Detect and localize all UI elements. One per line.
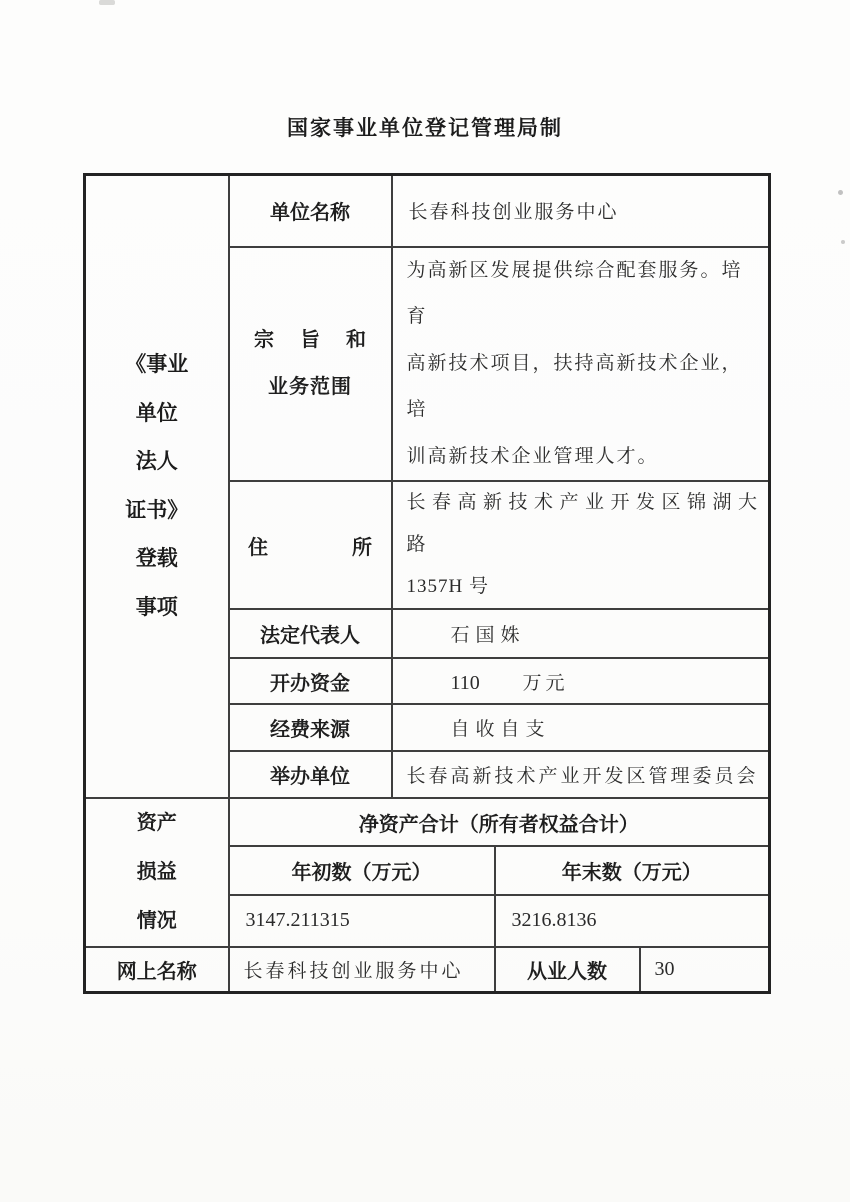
scanned-page-background: 国家事业单位登记管理局制 《事业 单位 法人 证书》 登载 bbox=[0, 0, 850, 1202]
capital-label: 开办资金 bbox=[270, 673, 350, 695]
legal-rep-value-cell: 石国姝 bbox=[392, 609, 770, 658]
address-value-line2: 1357H 号 bbox=[407, 566, 769, 608]
funding-value-cell: 自收自支 bbox=[392, 704, 770, 751]
organizer-value: 长春高新技术产业开发区管理委员会 bbox=[393, 761, 769, 788]
address-value-line1: 长春高新技术产业开发区锦湖大路 bbox=[407, 482, 769, 566]
row-unit-name: 《事业 单位 法人 证书》 登载 事项 单位名称 长春科技创业服务中心 bbox=[85, 175, 770, 247]
capital-value-cell: 110 万元 bbox=[392, 658, 770, 704]
online-name-label-cell: 网上名称 bbox=[85, 947, 229, 992]
funding-label: 经费来源 bbox=[270, 719, 350, 741]
staff-count-value: 30 bbox=[641, 958, 769, 981]
registration-table: 《事业 单位 法人 证书》 登载 事项 单位名称 长春科技创业服务中心 bbox=[83, 173, 771, 994]
staff-count-label-cell: 从业人数 bbox=[495, 947, 640, 992]
purpose-value-cell: 为高新区发展提供综合配套服务。培育 高新技术项目，扶持高新技术企业，培 训高新技… bbox=[392, 247, 770, 482]
end-year-value: 3216.8136 bbox=[496, 909, 769, 932]
capital-amount: 110 bbox=[451, 672, 480, 694]
unit-name-label-cell: 单位名称 bbox=[229, 175, 392, 247]
cert-items-header: 《事业 单位 法人 证书》 登载 事项 bbox=[86, 341, 228, 632]
begin-year-header-cell: 年初数（万元） bbox=[229, 846, 495, 894]
scan-artifact-top bbox=[99, 0, 115, 5]
assets-section-label: 资产 损益 情况 bbox=[86, 799, 228, 946]
address-label: 住 所 bbox=[248, 531, 372, 560]
scan-speck-2 bbox=[841, 240, 845, 244]
registration-form: 《事业 单位 法人 证书》 登载 事项 单位名称 长春科技创业服务中心 bbox=[83, 173, 771, 994]
funding-label-cell: 经费来源 bbox=[229, 704, 392, 751]
legal-rep-label-cell: 法定代表人 bbox=[229, 609, 392, 658]
staff-count-value-cell: 30 bbox=[640, 947, 770, 992]
begin-year-value-cell: 3147.211315 bbox=[229, 895, 495, 947]
capital-unit: 万元 bbox=[523, 668, 569, 695]
assets-label-line1: 资产 bbox=[86, 799, 228, 848]
scan-speck-1 bbox=[838, 190, 843, 195]
row-online-name: 网上名称 长春科技创业服务中心 从业人数 30 bbox=[85, 947, 770, 992]
purpose-label-line1: 宗 旨 和 bbox=[254, 317, 366, 364]
address-label-char1: 住 bbox=[248, 531, 268, 560]
address-label-cell: 住 所 bbox=[229, 481, 392, 609]
begin-year-value: 3147.211315 bbox=[230, 909, 494, 932]
purpose-label-char2: 旨 bbox=[300, 317, 320, 364]
cert-line-3: 法人 bbox=[86, 438, 228, 487]
address-value-cell: 长春高新技术产业开发区锦湖大路 1357H 号 bbox=[392, 481, 770, 609]
begin-year-header: 年初数（万元） bbox=[292, 862, 432, 884]
address-value: 长春高新技术产业开发区锦湖大路 1357H 号 bbox=[393, 482, 769, 608]
row-assets-header: 资产 损益 情况 净资产合计（所有者权益合计） bbox=[85, 798, 770, 846]
cert-items-header-cell: 《事业 单位 法人 证书》 登载 事项 bbox=[85, 175, 229, 799]
cert-line-6: 事项 bbox=[86, 584, 228, 633]
online-name-value: 长春科技创业服务中心 bbox=[230, 956, 494, 983]
funding-value: 自收自支 bbox=[393, 714, 769, 741]
legal-rep-value: 石国姝 bbox=[393, 620, 769, 647]
purpose-label-char1: 宗 bbox=[254, 317, 274, 364]
purpose-label: 宗 旨 和 业务范围 bbox=[230, 317, 391, 411]
online-name-value-cell: 长春科技创业服务中心 bbox=[229, 947, 495, 992]
assets-label-line3: 情况 bbox=[86, 897, 228, 946]
purpose-value-line2: 高新技术项目，扶持高新技术企业，培 bbox=[407, 341, 759, 434]
legal-rep-label: 法定代表人 bbox=[260, 625, 360, 647]
end-year-header-cell: 年末数（万元） bbox=[495, 846, 770, 894]
unit-name-value: 长春科技创业服务中心 bbox=[393, 197, 769, 224]
organizer-label-cell: 举办单位 bbox=[229, 751, 392, 798]
end-year-value-cell: 3216.8136 bbox=[495, 895, 770, 947]
organizer-value-cell: 长春高新技术产业开发区管理委员会 bbox=[392, 751, 770, 798]
purpose-value: 为高新区发展提供综合配套服务。培育 高新技术项目，扶持高新技术企业，培 训高新技… bbox=[393, 248, 769, 481]
unit-name-value-cell: 长春科技创业服务中心 bbox=[392, 175, 770, 247]
cert-line-5: 登载 bbox=[86, 535, 228, 584]
purpose-label-cell: 宗 旨 和 业务范围 bbox=[229, 247, 392, 482]
staff-count-label: 从业人数 bbox=[527, 961, 607, 983]
cert-line-4: 证书》 bbox=[86, 487, 228, 536]
purpose-label-line2: 业务范围 bbox=[230, 364, 391, 411]
capital-value-group: 110 万元 bbox=[393, 668, 769, 695]
end-year-header: 年末数（万元） bbox=[562, 862, 702, 884]
net-assets-header: 净资产合计（所有者权益合计） bbox=[359, 814, 639, 836]
organizer-label: 举办单位 bbox=[270, 766, 350, 788]
purpose-value-line3: 训高新技术企业管理人才。 bbox=[407, 434, 759, 481]
assets-section-label-cell: 资产 损益 情况 bbox=[85, 798, 229, 947]
purpose-label-char3: 和 bbox=[346, 317, 366, 364]
online-name-label: 网上名称 bbox=[117, 961, 197, 983]
cert-line-1: 《事业 bbox=[86, 341, 228, 390]
purpose-value-line1: 为高新区发展提供综合配套服务。培育 bbox=[407, 248, 759, 341]
cert-line-2: 单位 bbox=[86, 390, 228, 439]
unit-name-label: 单位名称 bbox=[270, 202, 350, 224]
address-label-char2: 所 bbox=[352, 531, 372, 560]
net-assets-header-cell: 净资产合计（所有者权益合计） bbox=[229, 798, 770, 846]
capital-label-cell: 开办资金 bbox=[229, 658, 392, 704]
assets-label-line2: 损益 bbox=[86, 848, 228, 897]
page-title: 国家事业单位登记管理局制 bbox=[0, 112, 850, 142]
